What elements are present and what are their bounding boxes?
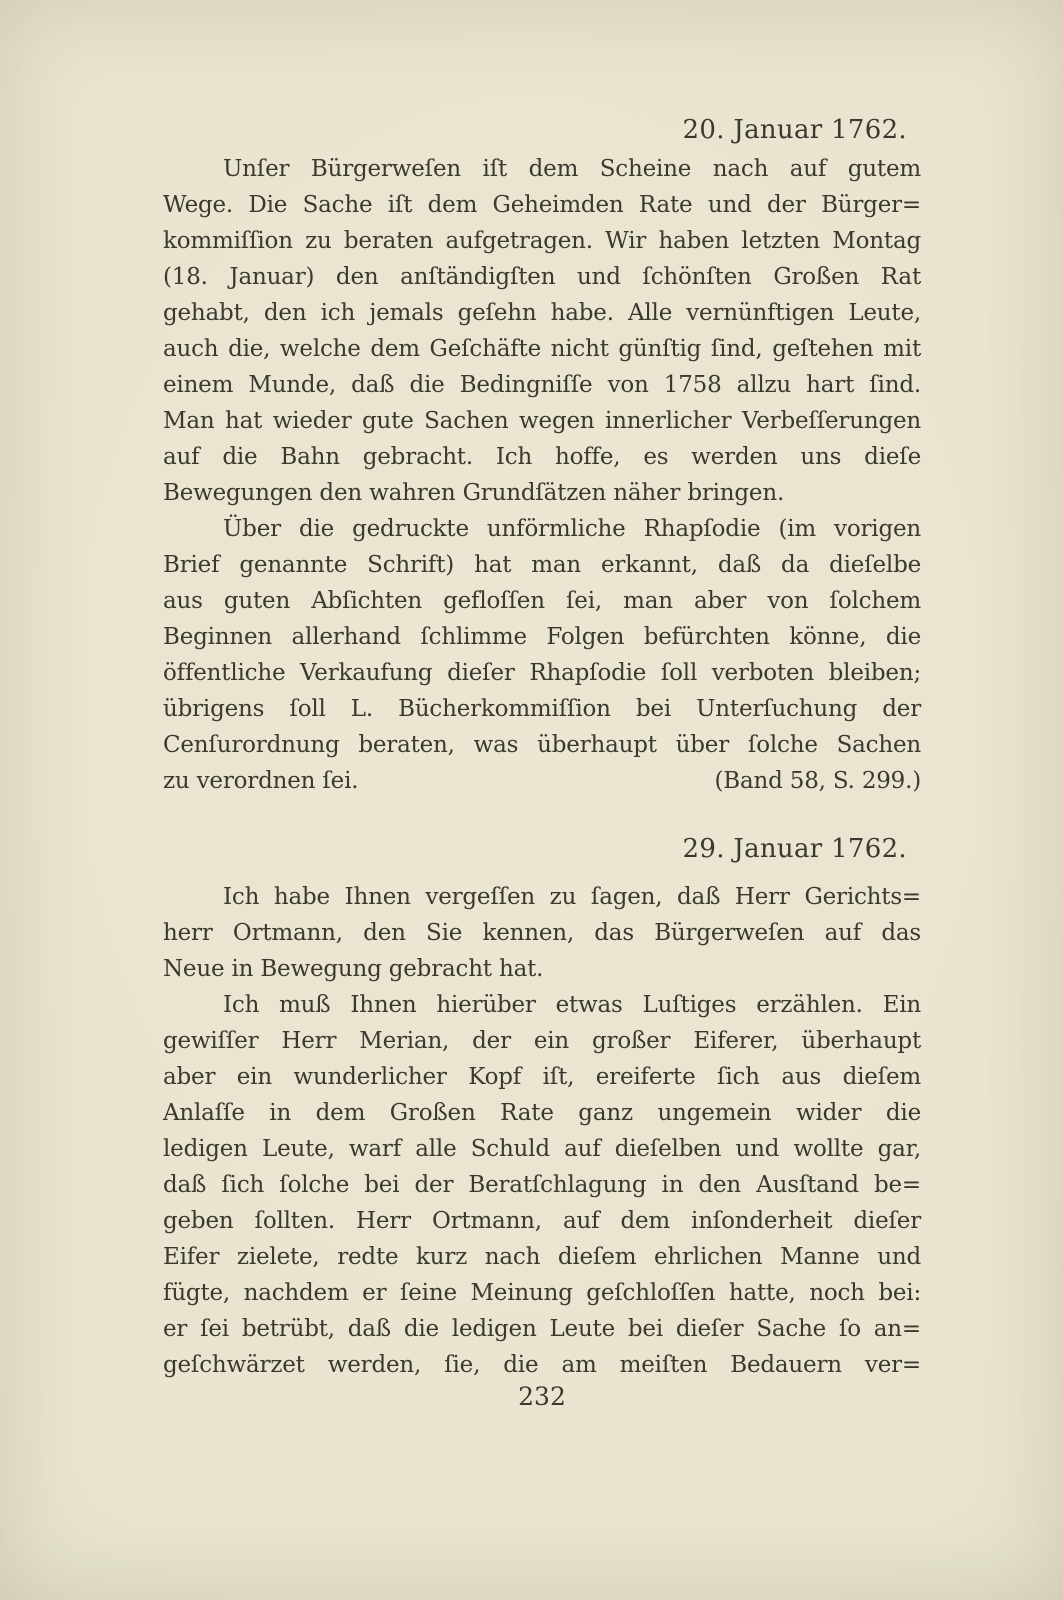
text-line: Brief genannte Schrift) hat man erkannt,…: [163, 547, 921, 583]
paragraph-end-text: zu verordnen ſei.: [163, 763, 358, 799]
page-text-block: 20. Januar 1762.Unſer Bürgerweſen iſt de…: [163, 112, 921, 1383]
source-citation: (Band 58, S. 299.): [715, 763, 921, 799]
text-line: aber ein wunderlicher Kopf iſt, ereifert…: [163, 1059, 921, 1095]
text-line: Unſer Bürgerweſen iſt dem Scheine nach a…: [163, 151, 921, 187]
text-line: Man hat wieder gute Sachen wegen innerli…: [163, 403, 921, 439]
text-line: aus guten Abſichten gefloſſen ſei, man a…: [163, 583, 921, 619]
page-number: 232: [163, 1382, 921, 1411]
text-line: (18. Januar) den anſtändigſten und ſchön…: [163, 259, 921, 295]
text-line: geben ſollten. Herr Ortmann, auf dem inſ…: [163, 1203, 921, 1239]
text-line: er ſei betrübt, daß die ledigen Leute be…: [163, 1311, 921, 1347]
text-line: fügte, nachdem er ſeine Meinung geſchloſ…: [163, 1275, 921, 1311]
text-line: daß ſich ſolche bei der Beratſchlagung i…: [163, 1167, 921, 1203]
text-line: auch die, welche dem Geſchäfte nicht gün…: [163, 331, 921, 367]
date-heading: 20. Januar 1762.: [163, 112, 921, 148]
text-line: öffentliche Verkaufung dieſer Rhapſodie …: [163, 655, 921, 691]
text-line: Ich muß Ihnen hierüber etwas Luſtiges er…: [163, 987, 921, 1023]
text-line: Cenſurordnung beraten, was überhaupt übe…: [163, 727, 921, 763]
text-line: Bewegungen den wahren Grundſätzen näher …: [163, 475, 921, 511]
text-line: kommiſſion zu beraten aufgetragen. Wir h…: [163, 223, 921, 259]
text-line: Anlaſſe in dem Großen Rate ganz ungemein…: [163, 1095, 921, 1131]
date-heading: 29. Januar 1762.: [163, 831, 921, 867]
text-line: ledigen Leute, warf alle Schuld auf dieſ…: [163, 1131, 921, 1167]
text-line: Wege. Die Sache iſt dem Geheimden Rate u…: [163, 187, 921, 223]
text-line: gewiſſer Herr Merian, der ein großer Eif…: [163, 1023, 921, 1059]
text-line: herr Ortmann, den Sie kennen, das Bürger…: [163, 915, 921, 951]
text-line: zu verordnen ſei.(Band 58, S. 299.): [163, 763, 921, 799]
text-line: übrigens ſoll L. Bücherkommiſſion bei Un…: [163, 691, 921, 727]
text-line: Beginnen allerhand ſchlimme Folgen befür…: [163, 619, 921, 655]
text-line: Eifer zielete, redte kurz nach dieſem eh…: [163, 1239, 921, 1275]
text-line: auf die Bahn gebracht. Ich hoffe, es wer…: [163, 439, 921, 475]
book-page: 20. Januar 1762.Unſer Bürgerweſen iſt de…: [0, 0, 1063, 1600]
text-line: einem Munde, daß die Bedingniſſe von 175…: [163, 367, 921, 403]
text-line: Ich habe Ihnen vergeſſen zu ſagen, daß H…: [163, 879, 921, 915]
text-line: Über die gedruckte unförmliche Rhapſodie…: [163, 511, 921, 547]
text-line: gehabt, den ich jemals geſehn habe. Alle…: [163, 295, 921, 331]
text-line: geſchwärzet werden, ſie, die am meiſten …: [163, 1347, 921, 1383]
text-line: Neue in Bewegung gebracht hat.: [163, 951, 921, 987]
